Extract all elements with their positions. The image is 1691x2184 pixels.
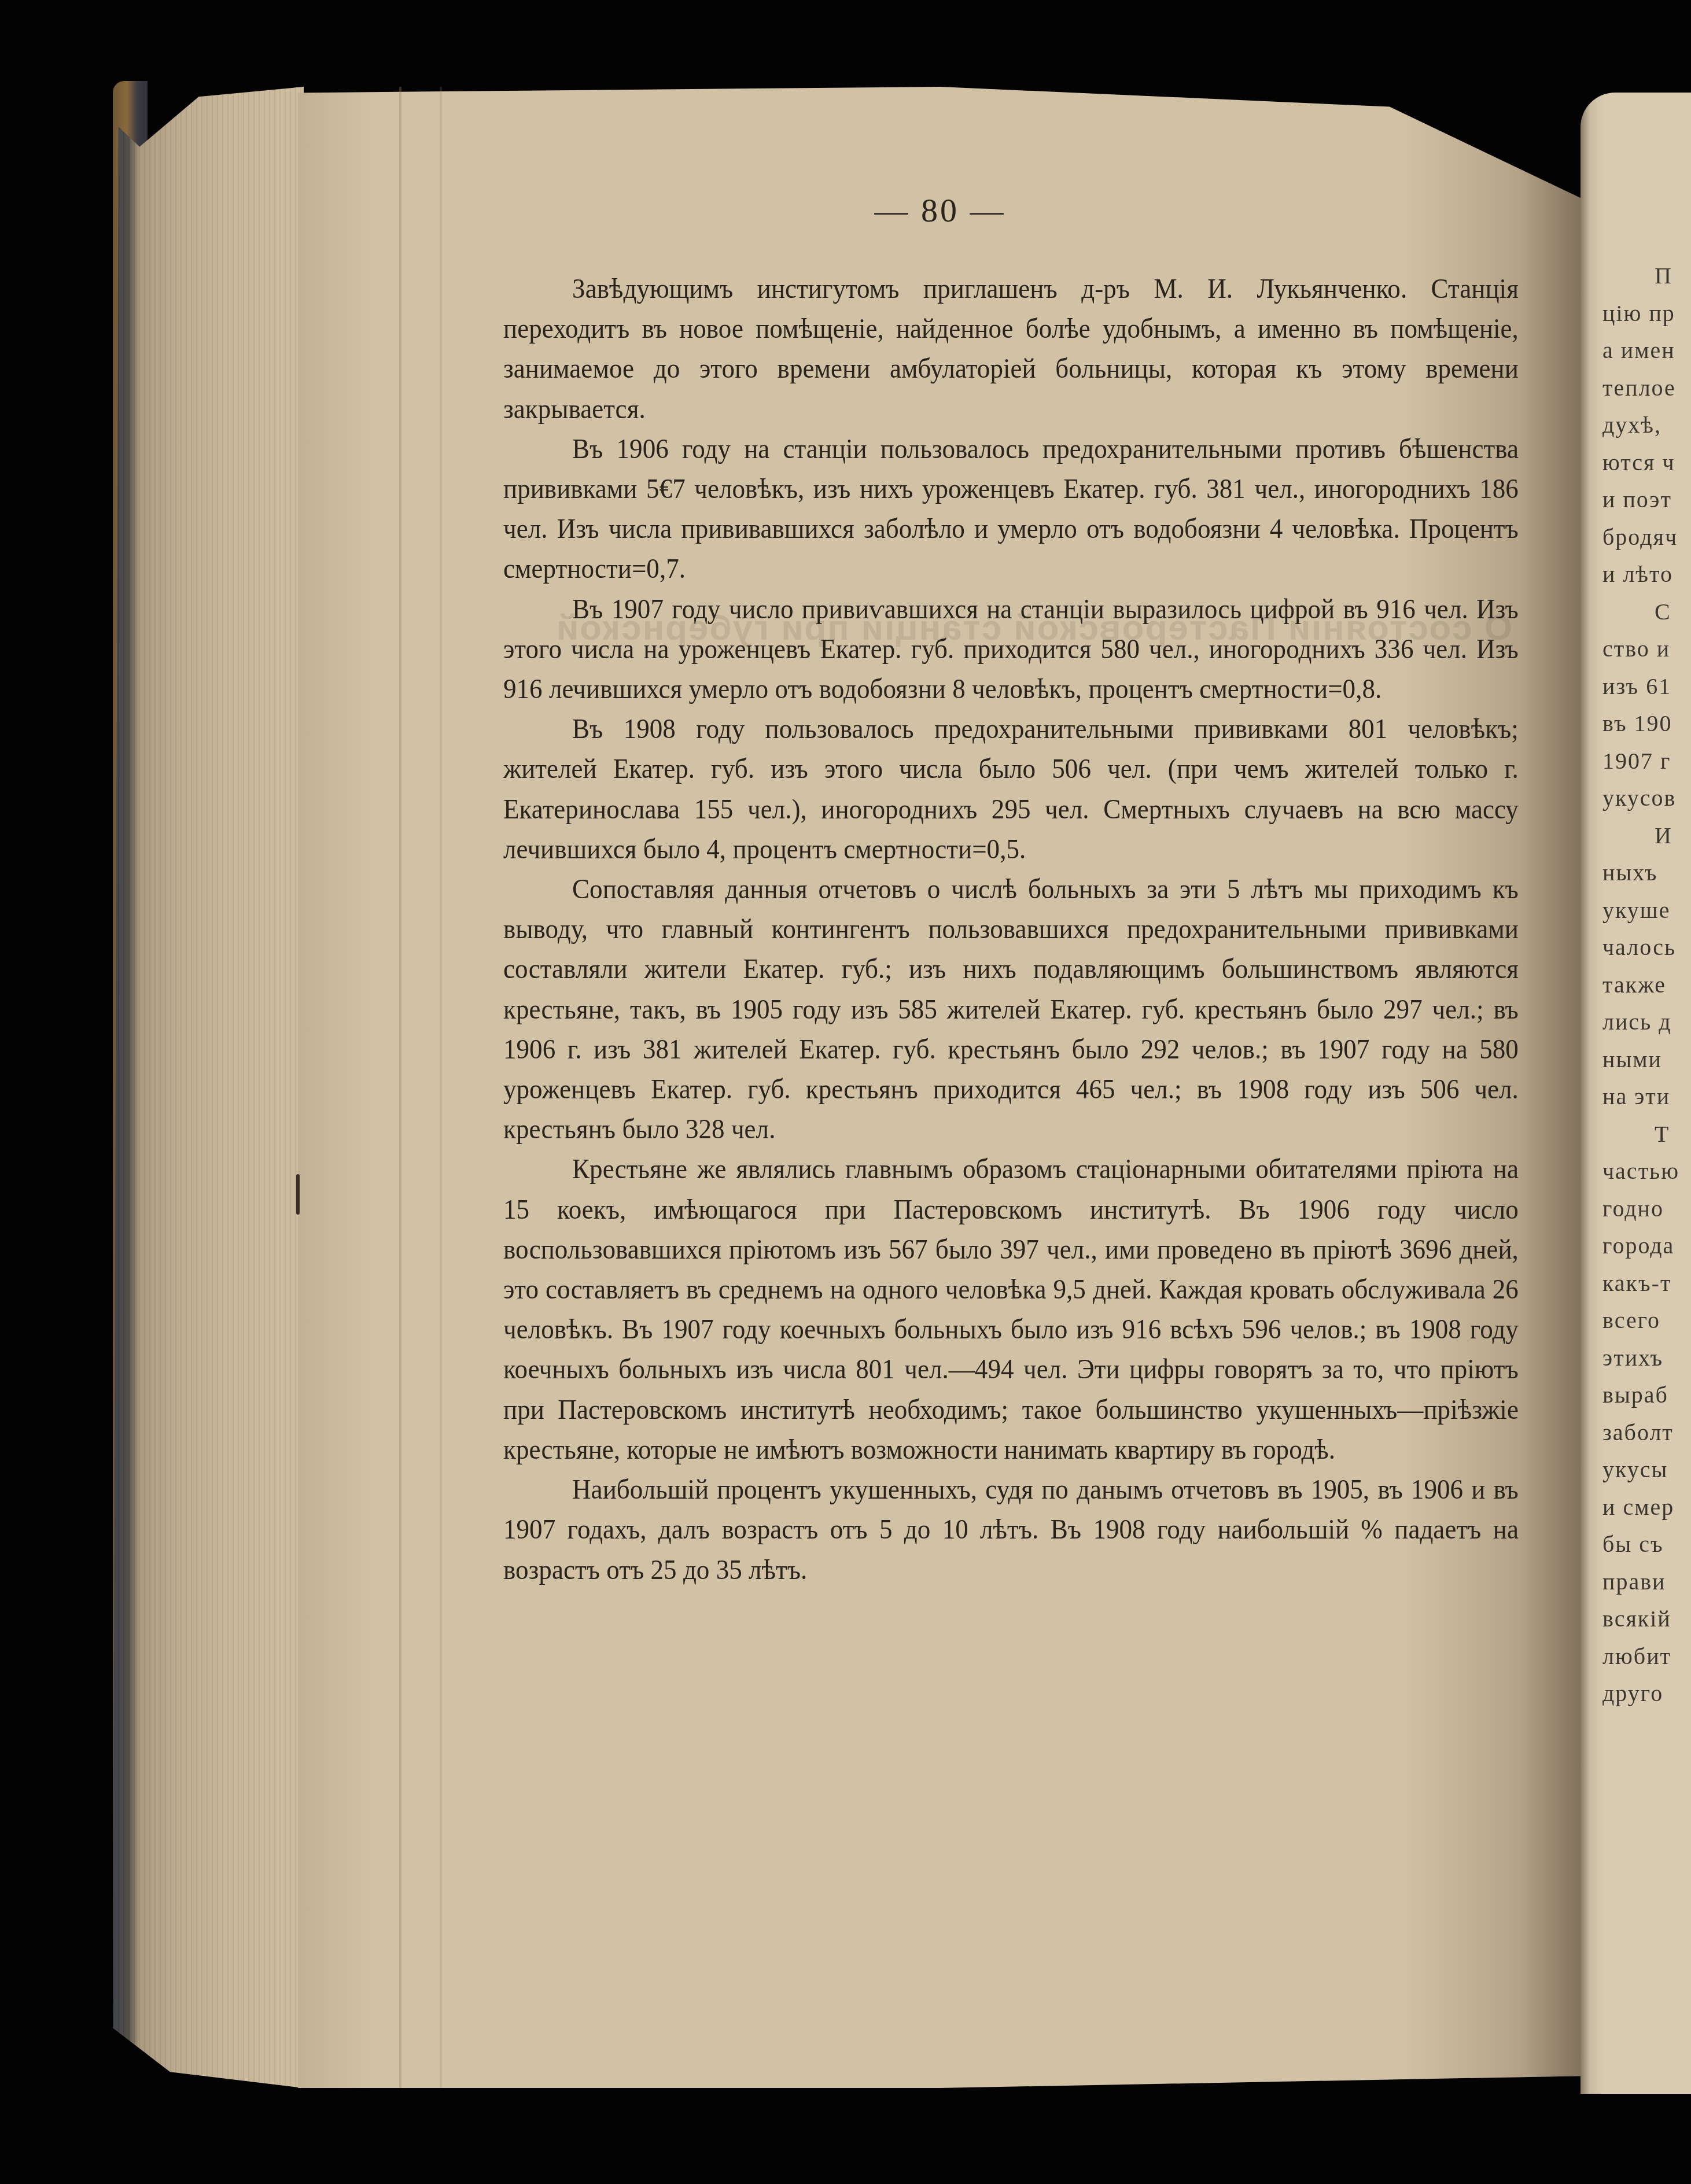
adjacent-page-line: выраб [1602, 1377, 1691, 1414]
adjacent-page-line: этихъ [1602, 1340, 1691, 1377]
adjacent-page-line: частью [1602, 1153, 1691, 1190]
paragraph: Сопоставляя данныя отчетовъ о числѣ боль… [503, 869, 1519, 1149]
adjacent-page-line: годно [1602, 1190, 1691, 1228]
adjacent-page-line: а имен [1602, 332, 1691, 370]
adjacent-page-line: Т [1602, 1116, 1691, 1153]
adjacent-page-line: укусы [1602, 1451, 1691, 1489]
paragraph: Въ 1906 году на станціи пользовалось пре… [503, 429, 1519, 589]
adjacent-page-line: П [1602, 257, 1691, 295]
adjacent-page-line: И [1602, 817, 1691, 855]
paragraph: Завѣдующимъ инстигутомъ приглашенъ д-ръ … [503, 269, 1519, 429]
adjacent-page-text: Пцію пра иментеплоедухѣ,ются чи поэтброд… [1602, 257, 1691, 1713]
adjacent-page-line: укусов [1602, 780, 1691, 817]
paragraph: Въ 1907 году число привиѵавшихся на стан… [503, 589, 1519, 710]
adjacent-page-line: и поэт [1602, 481, 1691, 519]
adjacent-page-line: любит [1602, 1638, 1691, 1676]
page-number: — 80 — [298, 191, 1582, 230]
adjacent-page-line: ныхъ [1602, 854, 1691, 892]
adjacent-page-line: города [1602, 1227, 1691, 1265]
page-mark [296, 1174, 300, 1215]
adjacent-page-line: бы съ [1602, 1526, 1691, 1563]
adjacent-page-line: прави [1602, 1563, 1691, 1601]
adjacent-page-line: всякій [1602, 1600, 1691, 1638]
page-body-text: Завѣдующимъ инстигутомъ приглашенъ д-ръ … [503, 269, 1519, 1590]
adjacent-page-line: также [1602, 966, 1691, 1004]
adjacent-page-line: цію пр [1602, 295, 1691, 333]
adjacent-page-line: какъ-т [1602, 1265, 1691, 1303]
adjacent-page-line: духѣ, [1602, 407, 1691, 444]
adjacent-page-line: на эти [1602, 1078, 1691, 1116]
adjacent-page-line: заболт [1602, 1414, 1691, 1452]
adjacent-page-line: изъ 61 [1602, 668, 1691, 706]
adjacent-page-line: ными [1602, 1041, 1691, 1079]
adjacent-page-line: всего [1602, 1302, 1691, 1340]
page-fold-line [399, 87, 401, 2088]
adjacent-page-line: ство и [1602, 630, 1691, 668]
paragraph: Крестьяне же являлись главнымъ образомъ … [503, 1149, 1519, 1470]
adjacent-page-line: и лѣто [1602, 556, 1691, 593]
adjacent-page-line: укуше [1602, 892, 1691, 929]
paragraph: Въ 1908 году пользовалось предохранитель… [503, 709, 1519, 869]
adjacent-page-line: 1907 г [1602, 743, 1691, 780]
adjacent-page-line: бродяч [1602, 519, 1691, 556]
adjacent-page-line: друго [1602, 1675, 1691, 1713]
adjacent-page-line: лись д [1602, 1004, 1691, 1041]
adjacent-page-line: С [1602, 593, 1691, 631]
paragraph: Наибольшій процентъ укушенныхъ, судя по … [503, 1470, 1519, 1590]
adjacent-page-line: въ 190 [1602, 705, 1691, 743]
page-fold-line [440, 87, 442, 2088]
adjacent-page-line: и смер [1602, 1489, 1691, 1526]
adjacent-page-line: ются ч [1602, 444, 1691, 482]
adjacent-page-line: теплое [1602, 370, 1691, 407]
page-stack-edge [113, 87, 304, 2088]
adjacent-page-line: чалось [1602, 929, 1691, 966]
